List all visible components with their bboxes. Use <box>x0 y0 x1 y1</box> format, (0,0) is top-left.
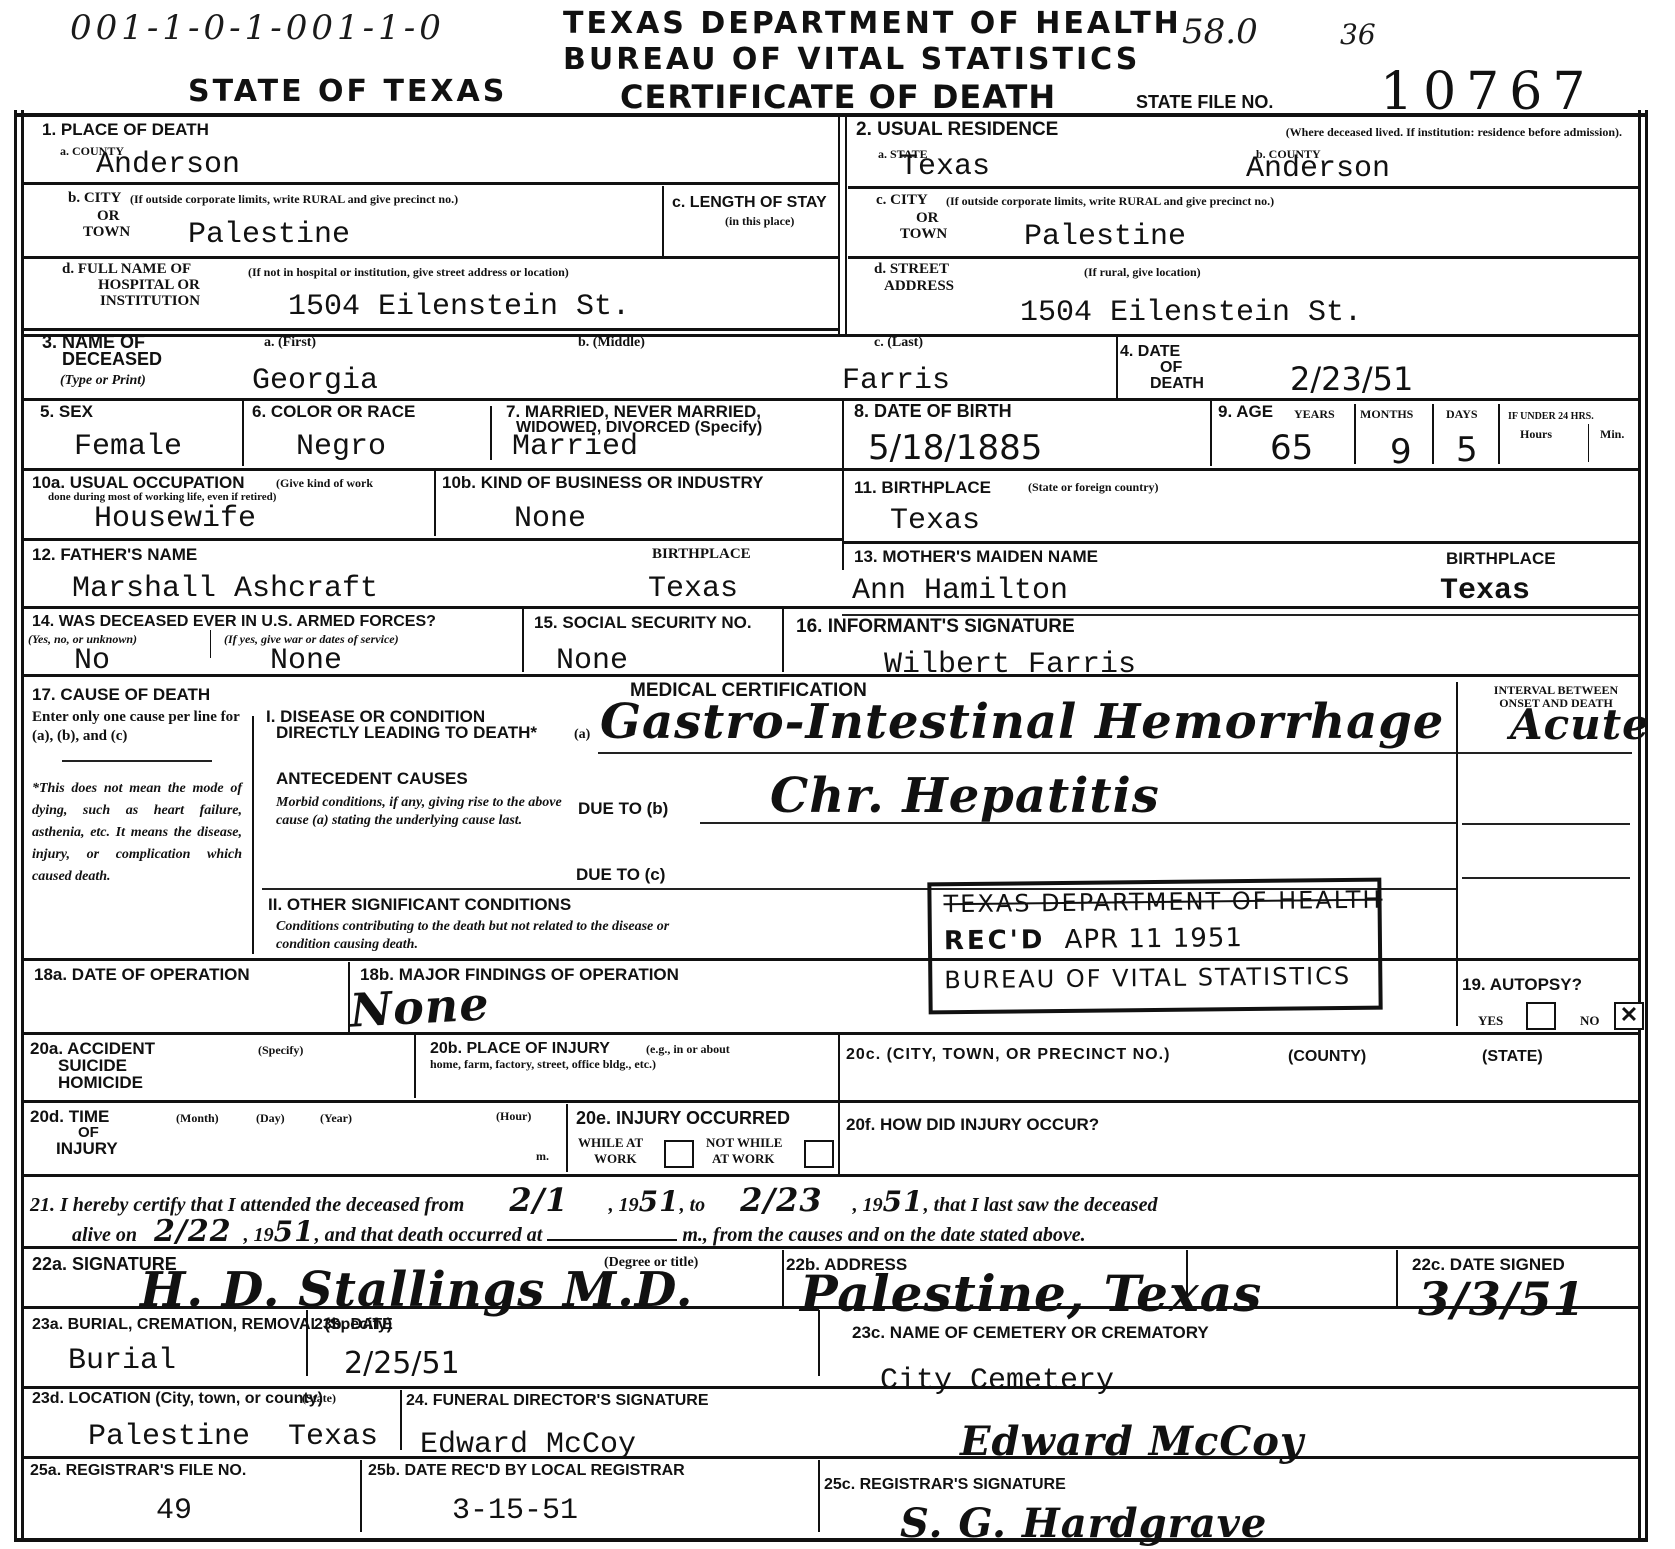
injury-place-label: 20b. PLACE OF INJURY <box>430 1040 610 1057</box>
city-note: (If outside corporate limits, write RURA… <box>130 193 660 206</box>
date-signed-label: 22c. DATE SIGNED <box>1412 1256 1565 1273</box>
hospital-label-3: INSTITUTION <box>100 295 200 308</box>
street-note: (If rural, give location) <box>1084 266 1201 279</box>
injury-type-label-1: 20a. ACCIDENT <box>30 1040 155 1057</box>
mother-birthplace-value: Texas <box>1440 574 1530 608</box>
injury-month-label: (Month) <box>176 1112 219 1125</box>
length-of-stay-label: c. LENGTH OF STAY <box>672 194 832 211</box>
autopsy-yes-label: YES <box>1478 1014 1503 1027</box>
ssn-value: None <box>556 644 628 678</box>
birthplace-value: Texas <box>890 504 980 538</box>
middle-name-label: b. (Middle) <box>578 336 645 349</box>
days-label: DAYS <box>1446 408 1478 421</box>
residence-city-label: c. CITY <box>876 194 928 207</box>
certify-text-4: m., from the causes and on the date stat… <box>682 1224 1085 1246</box>
first-name-value: Georgia <box>252 364 378 398</box>
residence-town-label: TOWN <box>900 228 947 241</box>
stamp-line-3: BUREAU OF VITAL STATISTICS <box>944 962 1351 994</box>
received-stamp: TEXAS DEPARTMENT OF HEALTH REC'D APR 11 … <box>927 878 1382 1015</box>
injury-type-specify: (Specify) <box>258 1044 303 1057</box>
date-of-death-label-3: DEATH <box>1150 375 1204 392</box>
local-registrar-date-label: 25b. DATE REC'D BY LOCAL REGISTRAR <box>368 1462 685 1479</box>
due-to-c-label: DUE TO (c) <box>576 866 665 883</box>
agency-line-1: TEXAS DEPARTMENT OF HEALTH <box>563 6 1182 41</box>
usual-residence-label: 2. USUAL RESIDENCE <box>856 121 1058 138</box>
burial-date-value: 2/25/51 <box>344 1346 460 1381</box>
father-value: Marshall Ashcraft <box>72 572 378 606</box>
death-county-value: Anderson <box>96 148 240 182</box>
dob-label: 8. DATE OF BIRTH <box>854 403 1012 420</box>
age-days-value: 5 <box>1456 430 1478 470</box>
alive-on-year: 51 <box>274 1215 315 1248</box>
residence-state-value: Texas <box>900 150 990 184</box>
date-of-death-label-2: OF <box>1160 359 1182 376</box>
while-at-work-checkbox[interactable] <box>664 1140 694 1168</box>
hospital-note: (If not in hospital or institution, give… <box>248 266 569 279</box>
hospital-value: 1504 Eilenstein St. <box>288 290 630 324</box>
injury-state-label: (STATE) <box>1482 1048 1543 1065</box>
last-name-value: Farris <box>842 364 950 398</box>
year-prefix: , 19 <box>609 1194 639 1216</box>
injury-location-label: 20c. (CITY, TOWN, OR PRECINCT NO.) <box>846 1046 1170 1063</box>
certify-text-2: , that I last saw the deceased <box>924 1194 1158 1216</box>
usual-residence-note: (Where deceased lived. If institution: r… <box>1150 126 1622 139</box>
residence-or-label: OR <box>916 212 939 225</box>
death-city-value: Palestine <box>188 218 350 252</box>
burial-state-label: (State) <box>302 1392 336 1405</box>
race-label: 6. COLOR OR RACE <box>252 403 415 420</box>
certify-text-3: , and that death occurred at <box>315 1224 543 1246</box>
months-label: MONTHS <box>1360 408 1413 421</box>
burial-method-value: Burial <box>68 1344 176 1378</box>
stamp-line-1: TEXAS DEPARTMENT OF HEALTH <box>943 886 1382 919</box>
injury-place-note-1: (e.g., in or about <box>646 1043 730 1056</box>
injury-type-label-3: HOMICIDE <box>58 1074 143 1091</box>
autopsy-no-checkbox[interactable]: ✕ <box>1614 1002 1644 1030</box>
operation-date-label: 18a. DATE OF OPERATION <box>34 966 250 983</box>
date-of-death-label-1: 4. DATE <box>1120 343 1180 360</box>
certify-text-1: 21. I hereby certify that I attended the… <box>30 1194 464 1216</box>
not-while-at-work-checkbox[interactable] <box>804 1140 834 1168</box>
birthplace-note: (State or foreign country) <box>1028 481 1159 494</box>
injury-hour-label: (Hour) <box>496 1110 531 1123</box>
local-registrar-date-value: 3-15-51 <box>452 1494 578 1528</box>
street-value: 1504 Eilenstein St. <box>1020 296 1362 330</box>
handwritten-code-right-2: 36 <box>1340 18 1376 51</box>
hospital-label-2: HOSPITAL OR <box>98 279 200 292</box>
under-24-label: IF UNDER 24 HRS. <box>1508 410 1594 423</box>
registrar-signature-value: S. G. Hardgrave <box>900 1500 1267 1547</box>
handwritten-code-right-1: 58.0 <box>1182 12 1258 52</box>
residence-county-value: Anderson <box>1246 152 1390 186</box>
age-years-value: 65 <box>1270 428 1313 468</box>
registrar-file-label: 25a. REGISTRAR'S FILE NO. <box>30 1462 246 1479</box>
attended-to-year: 51 <box>883 1185 924 1218</box>
burial-location-state: Texas <box>288 1420 378 1454</box>
injury-type-label-2: SUICIDE <box>58 1057 127 1074</box>
stamp-received-date: APR 11 1951 <box>1064 923 1243 955</box>
agency-line-2: BUREAU OF VITAL STATISTICS <box>563 42 1140 77</box>
city-label: b. CITY <box>68 192 121 205</box>
antecedent-causes-label: ANTECEDENT CAUSES <box>276 770 468 787</box>
hospital-label-1: d. FULL NAME OF <box>62 263 191 276</box>
state-heading: STATE OF TEXAS <box>188 74 507 109</box>
birthplace-label: 11. BIRTHPLACE <box>854 479 991 496</box>
name-label-3: (Type or Print) <box>60 371 146 390</box>
column-divider <box>838 117 840 335</box>
attended-from-value: 2/1 <box>509 1181 568 1219</box>
antecedent-note: Morbid conditions, if any, giving rise t… <box>276 794 576 830</box>
occupation-note-1: (Give kind of work <box>276 477 373 490</box>
cause-of-death-label: 17. CAUSE OF DEATH <box>32 686 210 703</box>
alive-on-label: alive on <box>72 1224 137 1246</box>
autopsy-label: 19. AUTOPSY? <box>1462 976 1582 993</box>
not-while-at-work-label-2: AT WORK <box>712 1152 775 1165</box>
burial-location-label: 23d. LOCATION (City, town, or county) <box>32 1390 323 1407</box>
armed-forces-value: No <box>74 644 110 678</box>
informant-label: 16. INFORMANT'S SIGNATURE <box>796 618 1075 635</box>
years-label: YEARS <box>1294 408 1335 421</box>
industry-value: None <box>514 502 586 536</box>
certification-text-line-2: alive on 2/22, 1951, and that death occu… <box>72 1218 1086 1249</box>
due-to-b-label: DUE TO (b) <box>578 800 668 817</box>
disease-label-2: DIRECTLY LEADING TO DEATH* <box>276 724 537 741</box>
injury-place-note-2: home, farm, factory, street, office bldg… <box>430 1058 656 1071</box>
place-of-death-label: 1. PLACE OF DEATH <box>42 121 209 138</box>
attended-to-value: 2/23 <box>740 1181 822 1219</box>
cause-footnote: *This does not mean the mode of dying, s… <box>32 778 242 888</box>
interval-label: INTERVAL BETWEEN ONSET AND DEATH <box>1472 684 1640 710</box>
other-conditions-label: II. OTHER SIGNIFICANT CONDITIONS <box>268 896 571 913</box>
cemetery-label: 23c. NAME OF CEMETERY OR CREMATORY <box>852 1324 1209 1341</box>
dob-value: 5/18/1885 <box>868 428 1042 468</box>
cemetery-value: City Cemetery <box>880 1364 1114 1398</box>
alive-on-value: 2/22 <box>154 1214 232 1249</box>
how-injury-occurred-label: 20f. HOW DID INJURY OCCUR? <box>846 1116 1099 1133</box>
injury-county-label: (COUNTY) <box>1288 1048 1366 1065</box>
while-at-work-label-1: WHILE AT <box>578 1136 643 1149</box>
injury-year-label: (Year) <box>320 1112 352 1125</box>
injury-occurred-label: 20e. INJURY OCCURRED <box>576 1110 790 1127</box>
age-label: 9. AGE <box>1218 403 1273 420</box>
hours-label: Hours <box>1520 428 1552 441</box>
first-name-label: a. (First) <box>264 336 316 349</box>
stamp-recd-prefix: REC'D <box>944 925 1046 956</box>
ssn-label: 15. SOCIAL SECURITY NO. <box>534 614 752 631</box>
injury-time-label-3: INJURY <box>56 1140 118 1157</box>
occupation-label: 10a. USUAL OCCUPATION <box>32 474 245 491</box>
min-label: Min. <box>1600 428 1624 441</box>
handwritten-code-left: 001-1-0-1-001-1-0 <box>70 8 445 48</box>
residence-city-value: Palestine <box>1024 220 1186 254</box>
cause-instructions: Enter only one cause per line for (a), (… <box>32 708 242 746</box>
length-of-stay-note: (in this place) <box>725 215 794 228</box>
sex-label: 5. SEX <box>40 403 93 420</box>
father-label: 12. FATHER'S NAME <box>32 546 197 563</box>
armed-forces-label: 14. WAS DECEASED EVER IN U.S. ARMED FORC… <box>32 613 436 630</box>
date-signed-value: 3/3/51 <box>1418 1272 1586 1326</box>
date-of-death-value: 2/23/51 <box>1290 360 1413 398</box>
mother-label: 13. MOTHER'S MAIDEN NAME <box>854 548 1098 565</box>
last-name-label: c. (Last) <box>874 336 923 349</box>
registrar-signature-label: 25c. REGISTRAR'S SIGNATURE <box>824 1476 1066 1493</box>
father-birthplace-value: Texas <box>648 572 738 606</box>
other-conditions-note: Conditions contributing to the death but… <box>276 918 696 954</box>
attended-from-year: 51 <box>639 1185 680 1218</box>
cause-line-b-value: Chr. Hepatitis <box>770 768 1160 824</box>
line-a-marker: (a) <box>574 728 590 741</box>
sex-value: Female <box>74 430 182 464</box>
state-file-label: STATE FILE NO. <box>1136 94 1273 111</box>
funeral-director-label: 24. FUNERAL DIRECTOR'S SIGNATURE <box>406 1392 709 1409</box>
to-word: , to <box>680 1194 706 1216</box>
injury-day-label: (Day) <box>256 1112 285 1125</box>
burial-location-city: Palestine <box>88 1420 250 1454</box>
race-value: Negro <box>296 430 386 464</box>
residence-city-note: (If outside corporate limits, write RURA… <box>946 195 1274 208</box>
marital-value: Married <box>512 430 638 464</box>
industry-label: 10b. KIND OF BUSINESS OR INDUSTRY <box>442 474 763 491</box>
injury-m-label: m. <box>536 1150 549 1163</box>
physician-signature-value: H. D. Stallings M.D. <box>140 1262 693 1318</box>
mother-birthplace-label: BIRTHPLACE <box>1446 550 1556 567</box>
war-dates-value: None <box>270 644 342 678</box>
town-label: TOWN <box>83 226 130 239</box>
registrar-file-value: 49 <box>156 1494 192 1528</box>
age-months-value: 9 <box>1390 432 1412 472</box>
autopsy-yes-checkbox[interactable] <box>1526 1002 1556 1030</box>
name-label-2: DECEASED <box>62 351 162 368</box>
while-at-work-label-2: WORK <box>594 1152 637 1165</box>
injury-time-label-1: 20d. TIME <box>30 1108 109 1125</box>
not-while-at-work-label-1: NOT WHILE <box>706 1136 782 1149</box>
burial-date-label: 23b. DATE <box>314 1316 393 1333</box>
father-birthplace-label: BIRTHPLACE <box>652 548 751 561</box>
autopsy-no-label: NO <box>1580 1014 1600 1027</box>
mother-value: Ann Hamilton <box>852 574 1068 608</box>
operation-value: None <box>349 976 491 1037</box>
physician-address-value: Palestine, Texas <box>800 1264 1262 1323</box>
street-label-1: d. STREET <box>874 263 949 276</box>
or-label: OR <box>97 210 120 223</box>
street-label-2: ADDRESS <box>884 280 954 293</box>
cause-line-a-value: Gastro-Intestinal Hemorrhage <box>600 694 1444 750</box>
marital-label-1: 7. MARRIED, NEVER MARRIED, <box>506 403 761 420</box>
occupation-value: Housewife <box>94 502 256 536</box>
